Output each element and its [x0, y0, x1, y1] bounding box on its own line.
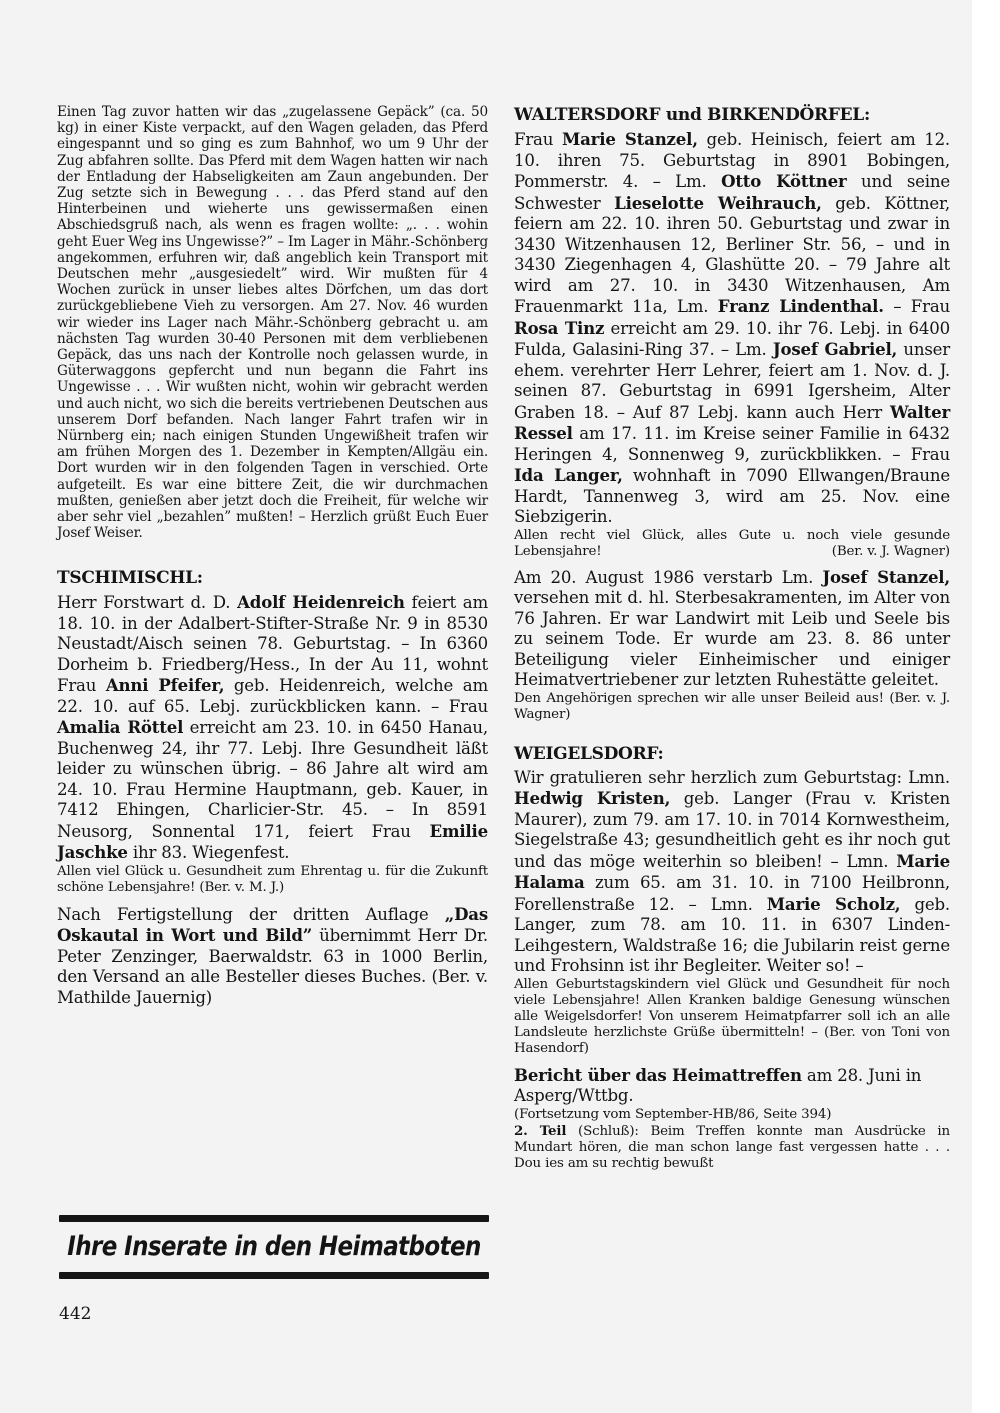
section-heading-waltersdorf: WALTERSDORF und BIRKENDÖRFEL: [514, 104, 950, 126]
waltersdorf-note: Allen recht viel Glück, alles Gute u. no… [514, 528, 950, 560]
waltersdorf-note-signature: (Ber. v. J. Wagner) [832, 544, 950, 560]
text-run: Frau [514, 130, 562, 149]
name-highlight: Marie Scholz, [767, 894, 901, 914]
name-highlight: Rosa Tinz [514, 318, 604, 338]
name-highlight: Marie Stanzel, [562, 129, 698, 149]
name-highlight: Hedwig Kristen, [514, 788, 670, 808]
page-number: 442 [59, 1304, 91, 1324]
advertisement-banner: Ihre Inserate in den Heimatboten [59, 1215, 489, 1279]
section-heading-tschimischl: TSCHIMISCHL: [57, 567, 488, 589]
name-highlight: Josef Stanzel, [822, 567, 950, 587]
banner-bottom-rule [59, 1272, 489, 1279]
right-column: WALTERSDORF und BIRKENDÖRFEL: Frau Marie… [514, 104, 950, 1172]
intro-paragraph: Einen Tag zuvor hatten wir das „zugelass… [57, 104, 488, 541]
name-highlight: Anni Pfeifer, [106, 675, 224, 695]
text-run: Wir gratulieren sehr herzlich zum Geburt… [514, 768, 950, 787]
text-run: Am 20. August 1986 verstarb Lm. [514, 568, 822, 587]
text-run: – Frau [884, 297, 950, 316]
text-run: versehen mit d. hl. Sterbesakramenten, i… [514, 588, 950, 689]
banner-top-rule [59, 1215, 489, 1222]
left-column: Einen Tag zuvor hatten wir das „zugelass… [57, 104, 488, 1008]
text-run: Nach Fertigstellung der dritten Auflage [57, 905, 445, 924]
obituary-paragraph: Am 20. August 1986 verstarb Lm. Josef St… [514, 567, 950, 691]
name-highlight: Amalia Röttel [57, 717, 183, 737]
weigelsdorf-note: Allen Geburtstagskindern viel Glück und … [514, 977, 950, 1057]
newspaper-page: Einen Tag zuvor hatten wir das „zugelass… [0, 0, 972, 1413]
name-highlight: Franz Lindenthal. [718, 296, 884, 316]
obituary-note: Den Angehörigen sprechen wir alle unser … [514, 691, 950, 723]
name-highlight: Lieselotte Weihrauch, [614, 193, 822, 213]
section-heading-weigelsdorf: WEIGELSDORF: [514, 743, 950, 765]
report-title: Bericht über das Heimattreffen am 28. Ju… [514, 1065, 950, 1107]
report-part-text: (Schluß): Beim Treffen konnte man Ausdrü… [514, 1124, 950, 1171]
report-part: 2. Teil (Schluß): Beim Treffen konnte ma… [514, 1123, 950, 1172]
book-notice-paragraph: Nach Fertigstellung der dritten Auflage … [57, 904, 488, 1009]
report-part-label: 2. Teil [514, 1123, 566, 1139]
tschimischl-paragraph: Herr Forstwart d. D. Adolf Heidenreich f… [57, 592, 488, 864]
tschimischl-note: Allen viel Glück u. Gesundheit zum Ehren… [57, 864, 488, 896]
name-highlight: Otto Köttner [721, 171, 846, 191]
banner-text: Ihre Inserate in den Heimatboten [59, 1230, 489, 1265]
weigelsdorf-paragraph: Wir gratulieren sehr herzlich zum Geburt… [514, 768, 950, 977]
text-run: Herr Forstwart d. D. [57, 593, 237, 612]
report-continuation: (Fortsetzung vom September-HB/86, Seite … [514, 1107, 950, 1123]
waltersdorf-paragraph: Frau Marie Stanzel, geb. Heinisch, feier… [514, 129, 950, 528]
name-highlight: Adolf Heidenreich [237, 592, 405, 612]
text-run: am 17. 11. im Kreise seiner Familie in 6… [514, 424, 950, 464]
report-title-bold: Bericht über das Heimattreffen [514, 1065, 802, 1085]
text-run: ihr 83. Wiegenfest. [128, 843, 290, 862]
name-highlight: Josef Gabriel, [773, 339, 897, 359]
name-highlight: Ida Langer, [514, 465, 623, 485]
